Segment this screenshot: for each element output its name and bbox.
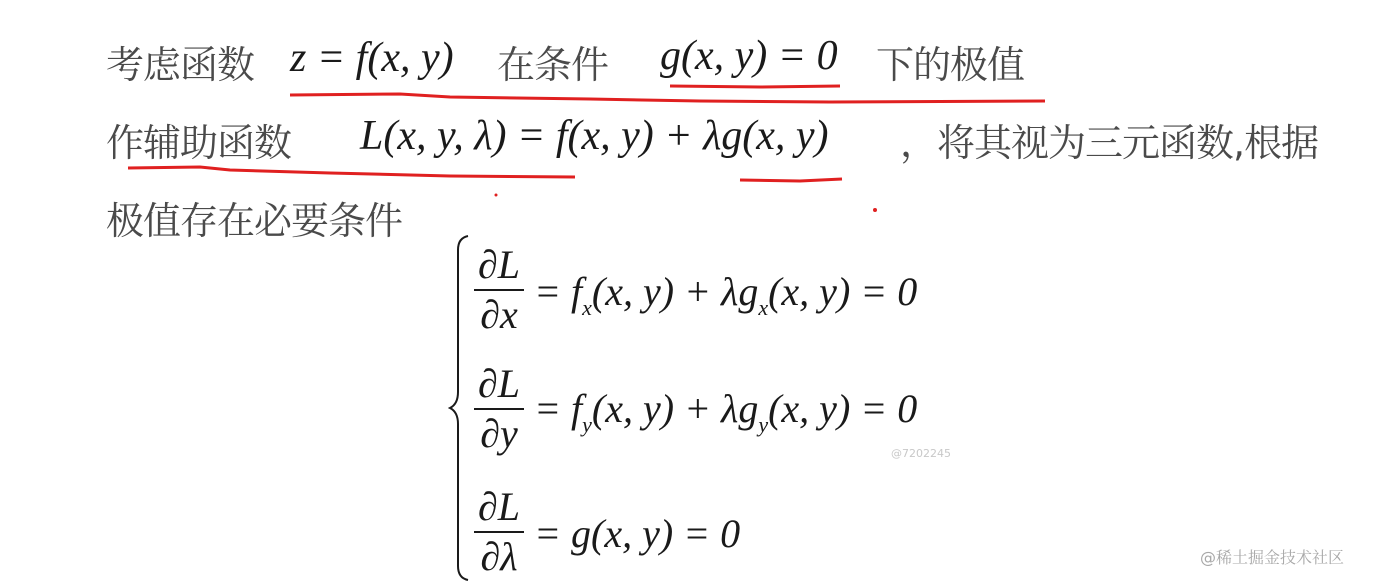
fraction-dL-dlambda: ∂L ∂λ (474, 485, 524, 579)
equation-1-rhs: = fx(x, y) + λgx(x, y) = 0 (534, 268, 917, 321)
id-watermark: @7202245 (891, 447, 951, 460)
fraction-dL-dy: ∂L ∂y (474, 362, 524, 456)
equation-3-rhs: = g(x, y) = 0 (534, 510, 740, 557)
equation-2-rhs: = fy(x, y) + λgy(x, y) = 0 (534, 385, 917, 438)
site-watermark: @稀土掘金技术社区 (1200, 545, 1344, 568)
fraction-dL-dx: ∂L ∂x (474, 243, 524, 337)
left-brace-icon (448, 234, 474, 582)
